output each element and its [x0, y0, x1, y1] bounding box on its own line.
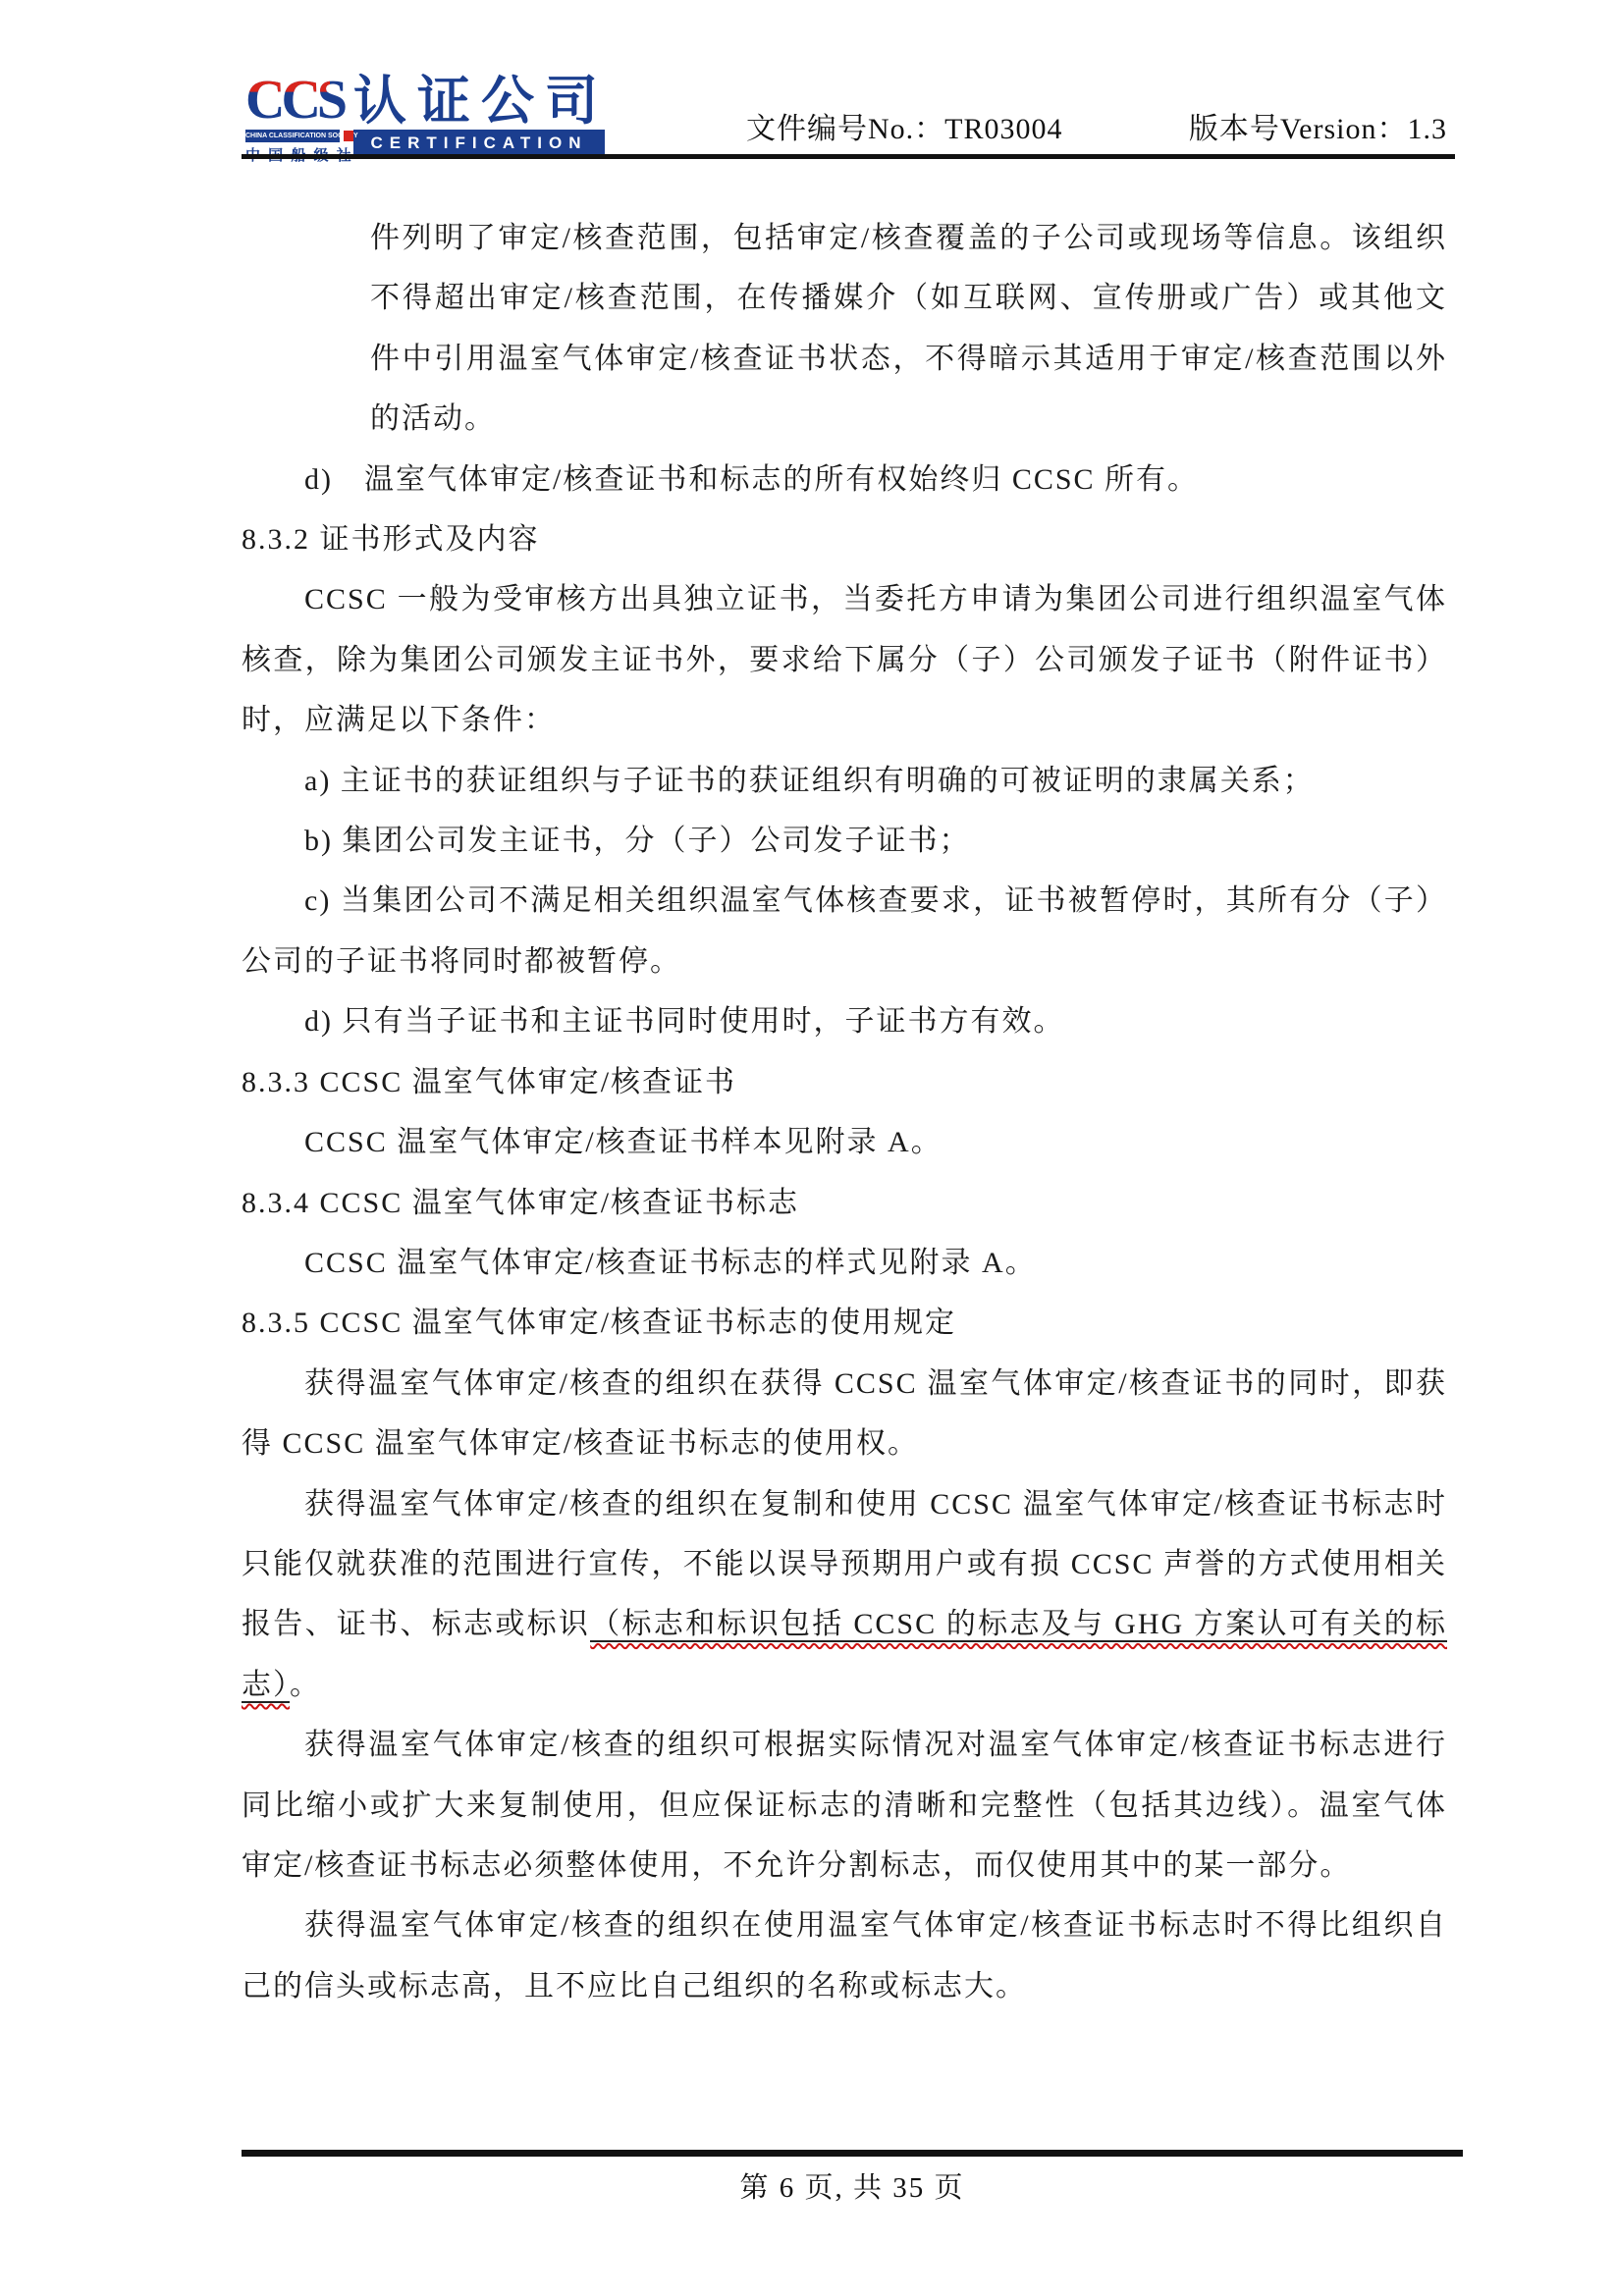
paragraph: c) 当集团公司不满足相关组织温室气体核查要求，证书被暂停时，其所有分（子）公司… — [242, 871, 1447, 991]
header-divider — [242, 154, 1455, 159]
paragraph: CCSC 一般为受审核方出具独立证书，当委托方申请为集团公司进行组织温室气体核查… — [242, 569, 1447, 750]
text-run: 。 — [290, 1669, 321, 1701]
document-info: 文件编号No.：TR03004 版本号Version：1.3 — [746, 104, 1447, 147]
text-run: 8.3.4 CCSC 温室气体审定/核查证书标志 — [242, 1187, 799, 1219]
text-run: a) 主证书的获证组织与子证书的获证组织有明确的可被证明的隶属关系； — [304, 765, 1315, 797]
ccs-logo-left: CCS CCS CHINA CLASSIFICATION SOCIETY 中 国… — [245, 75, 344, 165]
text-run: 件列明了审定/核查范围，包括审定/核查覆盖的子公司或现场等信息。该组织不得超出审… — [370, 222, 1447, 435]
ccs-logo: CCS CCS CHINA CLASSIFICATION SOCIETY 中 国… — [245, 75, 609, 165]
paragraph: 获得温室气体审定/核查的组织在使用温室气体审定/核查证书标志时不得比组织自己的信… — [242, 1896, 1447, 2016]
paragraph: d) 只有当子证书和主证书同时使用时，子证书方有效。 — [242, 991, 1447, 1051]
paragraph: d) 温室气体审定/核查证书和标志的所有权始终归 CCSC 所有。 — [242, 450, 1447, 509]
paragraph: b) 集团公司发主证书，分（子）公司发子证书； — [242, 811, 1447, 871]
paragraph: 获得温室气体审定/核查的组织可根据实际情况对温室气体审定/核查证书标志进行同比缩… — [242, 1715, 1447, 1896]
society-name-bar: CHINA CLASSIFICATION SOCIETY — [245, 130, 340, 142]
section-heading: 8.3.2 证书形式及内容 — [242, 509, 1447, 569]
document-body: 件列明了审定/核查范围，包括审定/核查覆盖的子公司或现场等信息。该组织不得超出审… — [242, 208, 1447, 2016]
page-number: 第 6 页, 共 35 页 — [242, 2165, 1463, 2206]
text-run: CCSC 温室气体审定/核查证书标志的样式见附录 A。 — [304, 1247, 1037, 1279]
text-run: b) 集团公司发主证书，分（子）公司发子证书； — [304, 825, 971, 857]
text-run: 8.3.5 CCSC 温室气体审定/核查证书标志的使用规定 — [242, 1307, 956, 1339]
ccs-logo-right: 认证公司 CERTIFICATION — [353, 75, 609, 156]
certification-bar: CERTIFICATION — [353, 130, 605, 156]
paragraph: 获得温室气体审定/核查的组织在复制和使用 CCSC 温室气体审定/核查证书标志时… — [242, 1474, 1447, 1716]
text-run: 获得温室气体审定/核查的组织在获得 CCSC 温室气体审定/核查证书的同时，即获… — [242, 1367, 1447, 1460]
text-run: CCSC 温室气体审定/核查证书样本见附录 A。 — [304, 1126, 943, 1158]
text-run: c) 当集团公司不满足相关组织温室气体核查要求，证书被暂停时，其所有分（子）公司… — [242, 884, 1447, 977]
text-run: d) 只有当子证书和主证书同时使用时，子证书方有效。 — [304, 1005, 1065, 1038]
footer-divider — [242, 2150, 1463, 2157]
paragraph: CCSC 温室气体审定/核查证书标志的样式见附录 A。 — [242, 1233, 1447, 1293]
paragraph: 件列明了审定/核查范围，包括审定/核查覆盖的子公司或现场等信息。该组织不得超出审… — [370, 208, 1447, 450]
section-heading: 8.3.4 CCSC 温室气体审定/核查证书标志 — [242, 1173, 1447, 1233]
paragraph: CCSC 温室气体审定/核查证书样本见附录 A。 — [242, 1112, 1447, 1172]
ccs-logo-text: CCS CCS — [245, 75, 344, 126]
paragraph: a) 主证书的获证组织与子证书的获证组织有明确的可被证明的隶属关系； — [242, 751, 1447, 811]
text-run: d) 温室气体审定/核查证书和标志的所有权始终归 CCSC 所有。 — [304, 463, 1199, 496]
text-run: 获得温室气体审定/核查的组织在使用温室气体审定/核查证书标志时不得比组织自己的信… — [242, 1909, 1447, 2002]
doc-version: 版本号Version：1.3 — [1189, 104, 1447, 147]
logo-red-square — [344, 131, 353, 141]
section-heading: 8.3.3 CCSC 温室气体审定/核查证书 — [242, 1052, 1447, 1112]
text-run: 8.3.3 CCSC 温室气体审定/核查证书 — [242, 1066, 736, 1098]
text-run: 获得温室气体审定/核查的组织可根据实际情况对温室气体审定/核查证书标志进行同比缩… — [242, 1729, 1447, 1882]
section-heading: 8.3.5 CCSC 温室气体审定/核查证书标志的使用规定 — [242, 1293, 1447, 1353]
company-name-cn: 认证公司 — [353, 75, 609, 126]
document-page: CCS CCS CHINA CLASSIFICATION SOCIETY 中 国… — [0, 0, 1616, 2296]
text-run: CCSC 一般为受审核方出具独立证书，当委托方申请为集团公司进行组织温室气体核查… — [242, 583, 1447, 736]
doc-number: 文件编号No.：TR03004 — [746, 104, 1063, 147]
text-run: 8.3.2 证书形式及内容 — [242, 523, 540, 556]
paragraph: 获得温室气体审定/核查的组织在获得 CCSC 温室气体审定/核查证书的同时，即获… — [242, 1354, 1447, 1474]
